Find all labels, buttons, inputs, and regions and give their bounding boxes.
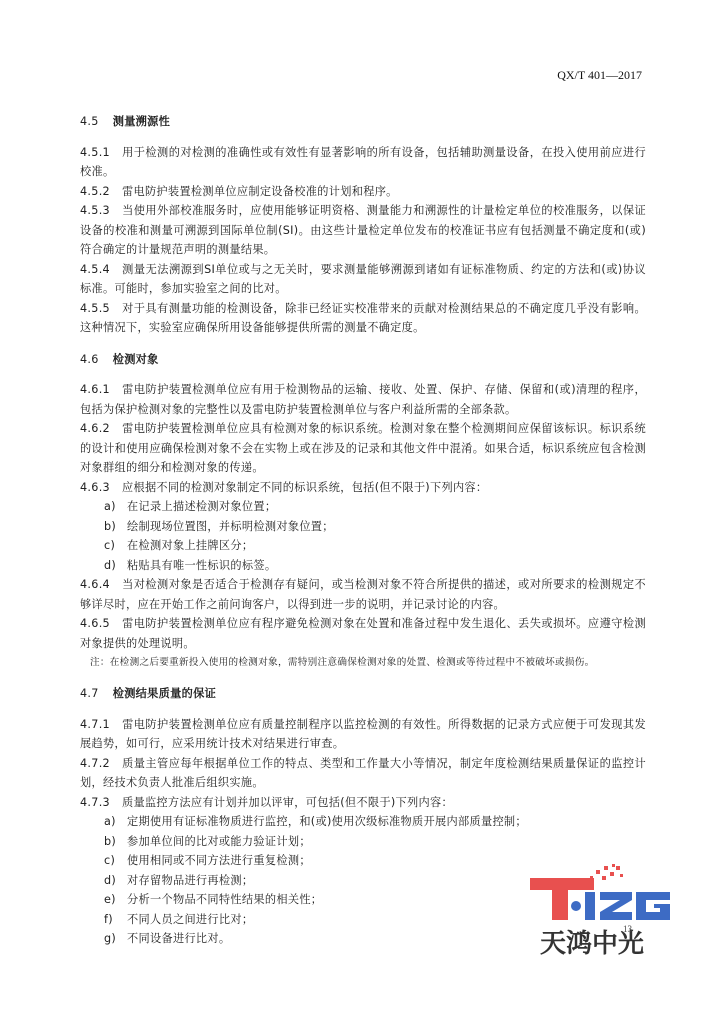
section-heading: 4.5测量溯源性 [80, 112, 646, 132]
clause-number: 4.5.2 [80, 185, 110, 198]
clause-text: 当对检测对象是否适合于检测存有疑问，或当检测对象不符合所提供的描述，或对所要求的… [80, 578, 646, 611]
section-title: 检测对象 [113, 353, 159, 366]
clause-number: 4.6.1 [80, 383, 110, 396]
document-page: QX/T 401—2017 4.5测量溯源性4.5.1用于检测的对检测的准确性或… [0, 0, 724, 1024]
list-marker: c) [104, 536, 127, 556]
clause-text: 雷电防护装置检测单位应具有检测对象的标识系统。检测对象在整个检测期间应保留该标识… [80, 422, 646, 474]
list-marker: b) [104, 832, 127, 852]
list-item: a)在记录上描述检测对象位置； [104, 497, 646, 517]
clause: 4.5.5对于具有测量功能的检测设备，除非已经证实校准带来的贡献对检测结果总的不… [80, 299, 646, 338]
clause-text: 雷电防护装置检测单位应制定设备校准的计划和程序。 [122, 185, 398, 198]
section-heading: 4.6检测对象 [80, 350, 646, 370]
clause-text: 雷电防护装置检测单位应有用于检测物品的运输、接收、处置、保护、存储、保留和(或)… [80, 383, 646, 416]
clause-text: 当使用外部校准服务时，应使用能够证明资格、测量能力和溯源性的计量检定单位的校准服… [80, 204, 646, 256]
page-number: 13 [623, 924, 632, 934]
list-text: 不同设备进行比对。 [127, 932, 230, 945]
list-marker: b) [104, 517, 127, 537]
list-item: b)参加单位间的比对或能力验证计划； [104, 832, 646, 852]
clause: 4.7.1雷电防护装置检测单位应有质量控制程序以监控检测的有效性。所得数据的记录… [80, 715, 646, 754]
section-title: 测量溯源性 [113, 115, 170, 128]
clause-number: 4.5.4 [80, 263, 110, 276]
list-marker: d) [104, 556, 127, 576]
list-marker: a) [104, 812, 127, 832]
clause-text: 应根据不同的检测对象制定不同的标识系统，包括(但不限于)下列内容： [122, 481, 487, 494]
document-body: 4.5测量溯源性4.5.1用于检测的对检测的准确性或有效性有显著影响的所有设备，… [80, 112, 646, 949]
section-number: 4.6 [80, 353, 99, 366]
list-item: c)在检测对象上挂牌区分； [104, 536, 646, 556]
list-item: b)绘制现场位置图，并标明检测对象位置； [104, 517, 646, 537]
section-title: 检测结果质量的保证 [113, 687, 216, 700]
thzg-logo-watermark: 天鸿中光 [528, 862, 674, 958]
note: 注：在检测之后要重新投入使用的检测对象，需特别注意确保检测对象的处置、检测或等待… [90, 653, 646, 672]
list-item: d)粘贴具有唯一性标识的标签。 [104, 556, 646, 576]
clause-text: 质量主管应每年根据单位工作的特点、类型和工作量大小等情况，制定年度检测结果质量保… [80, 757, 646, 790]
clause-text: 雷电防护装置检测单位应有程序避免检测对象在处置和准备过程中发生退化、丢失或损坏。… [80, 617, 646, 650]
clause-number: 4.7.2 [80, 757, 110, 770]
clause-text: 质量监控方法应有计划并加以评审，可包括(但不限于)下列内容： [122, 796, 453, 809]
list-text: 绘制现场位置图，并标明检测对象位置； [127, 520, 334, 533]
clause: 4.7.3质量监控方法应有计划并加以评审，可包括(但不限于)下列内容： [80, 793, 646, 813]
clause-text: 用于检测的对检测的准确性或有效性有显著影响的所有设备，包括辅助测量设备，在投入使… [80, 146, 646, 179]
list-text: 定期使用有证标准物质进行监控，和(或)使用次级标准物质开展内部质量控制； [127, 815, 527, 828]
clause: 4.6.4当对检测对象是否适合于检测存有疑问，或当检测对象不符合所提供的描述，或… [80, 575, 646, 614]
clause-number: 4.7.1 [80, 718, 110, 731]
clause: 4.7.2质量主管应每年根据单位工作的特点、类型和工作量大小等情况，制定年度检测… [80, 754, 646, 793]
clause-number: 4.5.5 [80, 302, 110, 315]
section-number: 4.7 [80, 687, 99, 700]
list-text: 在检测对象上挂牌区分； [127, 539, 253, 552]
clause-number: 4.5.1 [80, 146, 110, 159]
clause: 4.6.2雷电防护装置检测单位应具有检测对象的标识系统。检测对象在整个检测期间应… [80, 419, 646, 478]
clause: 4.6.3应根据不同的检测对象制定不同的标识系统，包括(但不限于)下列内容： [80, 478, 646, 498]
clause: 4.6.5雷电防护装置检测单位应有程序避免检测对象在处置和准备过程中发生退化、丢… [80, 614, 646, 653]
clause-number: 4.6.2 [80, 422, 110, 435]
clause: 4.5.4测量无法溯源到SI单位或与之无关时，要求测量能够溯源到诸如有证标准物质… [80, 260, 646, 299]
clause-text: 对于具有测量功能的检测设备，除非已经证实校准带来的贡献对检测结果总的不确定度几乎… [80, 302, 646, 335]
clause: 4.5.1用于检测的对检测的准确性或有效性有显著影响的所有设备，包括辅助测量设备… [80, 143, 646, 182]
list-marker: d) [104, 871, 127, 891]
list-text: 不同人员之间进行比对； [127, 913, 253, 926]
list-marker: g) [104, 929, 127, 949]
section-heading: 4.7检测结果质量的保证 [80, 684, 646, 704]
clause-number: 4.7.3 [80, 796, 110, 809]
clause-text: 测量无法溯源到SI单位或与之无关时，要求测量能够溯源到诸如有证标准物质、约定的方… [80, 263, 646, 296]
list-text: 参加单位间的比对或能力验证计划； [127, 835, 311, 848]
clause: 4.6.1雷电防护装置检测单位应有用于检测物品的运输、接收、处置、保护、存储、保… [80, 380, 646, 419]
list-text: 对存留物品进行再检测； [127, 874, 253, 887]
list-text: 分析一个物品不同特性结果的相关性； [127, 893, 322, 906]
clause-number: 4.6.3 [80, 481, 110, 494]
clause-number: 4.5.3 [80, 204, 110, 217]
list-marker: a) [104, 497, 127, 517]
clause: 4.5.2雷电防护装置检测单位应制定设备校准的计划和程序。 [80, 182, 646, 202]
standard-code: QX/T 401—2017 [557, 68, 642, 83]
list-marker: f) [104, 910, 127, 930]
clause-number: 4.6.4 [80, 578, 110, 591]
clause-number: 4.6.5 [80, 617, 110, 630]
list-marker: c) [104, 851, 127, 871]
list-text: 在记录上描述检测对象位置； [127, 500, 276, 513]
list-text: 粘贴具有唯一性标识的标签。 [127, 559, 276, 572]
clause-text: 雷电防护装置检测单位应有质量控制程序以监控检测的有效性。所得数据的记录方式应便于… [80, 718, 646, 751]
clause: 4.5.3当使用外部校准服务时，应使用能够证明资格、测量能力和溯源性的计量检定单… [80, 201, 646, 260]
list-item: a)定期使用有证标准物质进行监控，和(或)使用次级标准物质开展内部质量控制； [104, 812, 646, 832]
list-text: 使用相同或不同方法进行重复检测； [127, 854, 311, 867]
list-marker: e) [104, 890, 127, 910]
section-number: 4.5 [80, 115, 99, 128]
